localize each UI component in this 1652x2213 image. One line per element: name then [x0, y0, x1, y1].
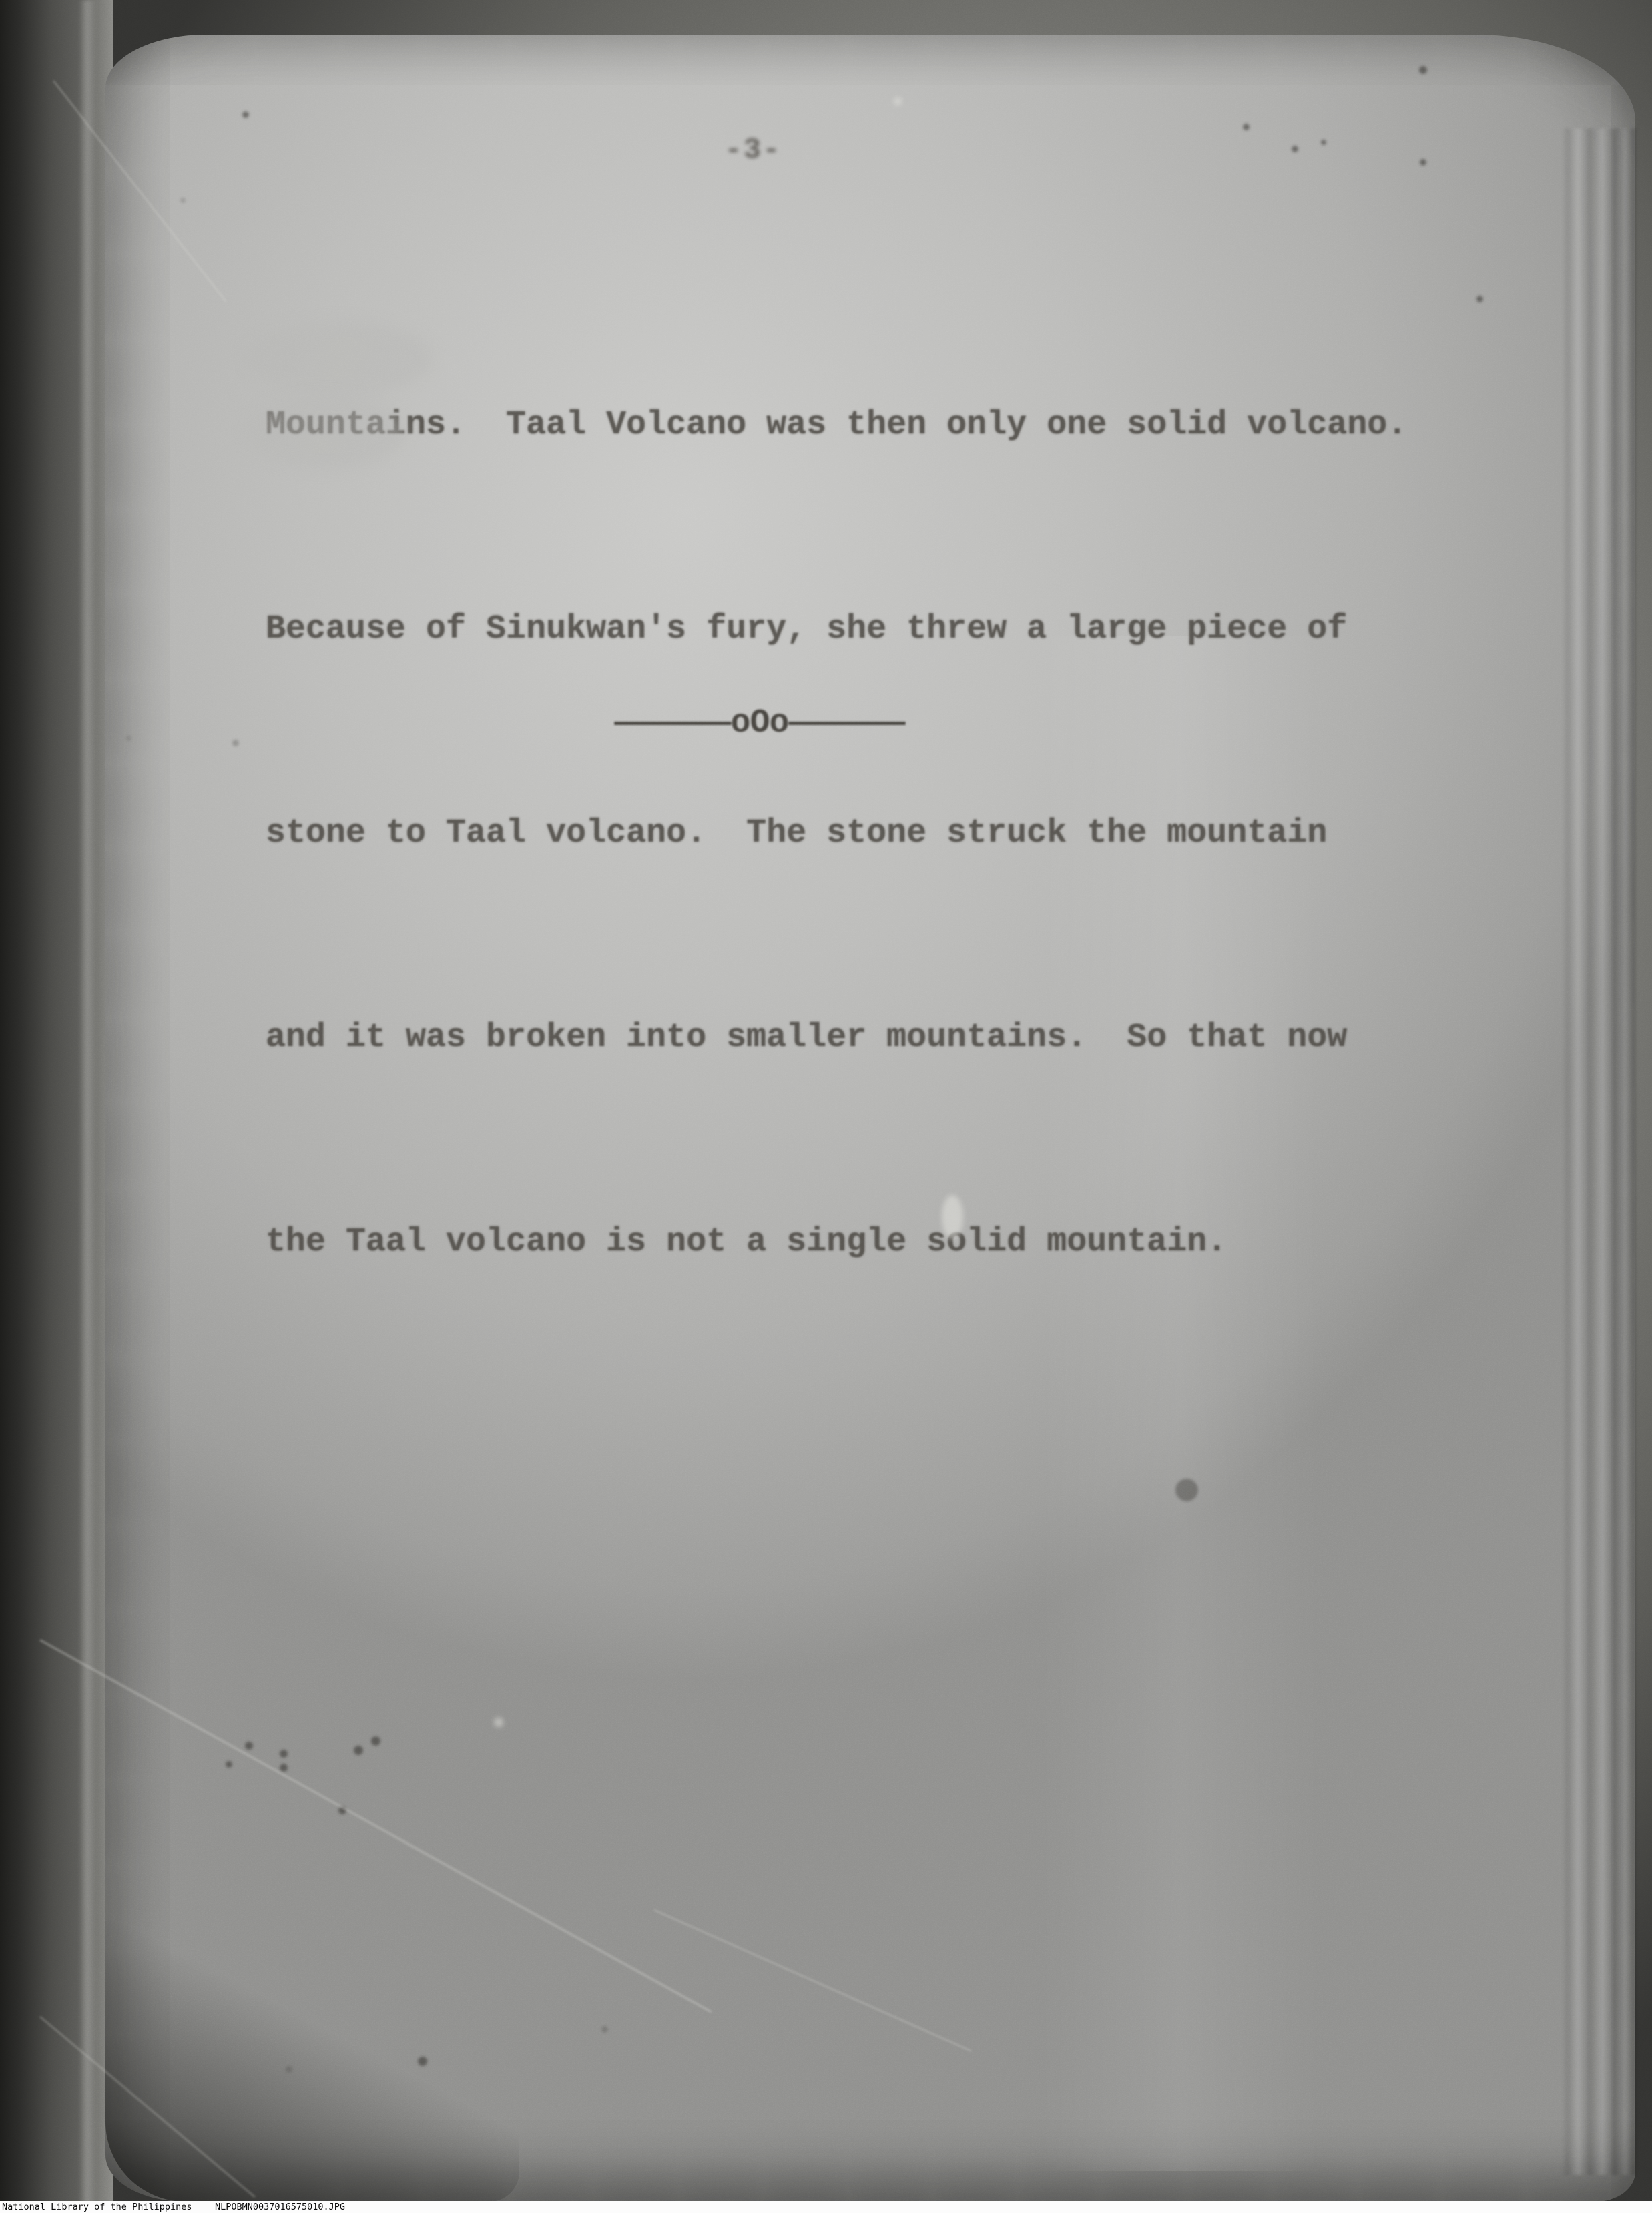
dust-speck [1321, 140, 1326, 145]
paragraph-line: stone to Taal volcano. The stone struck … [266, 800, 1507, 868]
paragraph-line: the Taal volcano is not a single solid m… [266, 1208, 1507, 1276]
footer-institution-label: National Library of the Philippines [2, 2202, 192, 2213]
dust-speck [1243, 124, 1250, 130]
paragraph-line: Mountains. Taal Volcano was then only on… [266, 391, 1507, 459]
dust-speck [126, 736, 131, 741]
paragraph-line: and it was broken into smaller mountains… [266, 1004, 1507, 1072]
dust-speck [1292, 146, 1298, 152]
light-blemish [894, 97, 902, 105]
paragraph-line: Because of Sinukwan's fury, she threw a … [266, 595, 1507, 664]
section-divider: ——————oOo—————— [566, 704, 953, 744]
ink-fade-patch [246, 322, 433, 395]
dust-speck [180, 198, 186, 203]
paragraph: Mountains. Taal Volcano was then only on… [266, 255, 1507, 1413]
typescript-page: -3- Mountains. Taal Volcano was then onl… [105, 35, 1635, 2202]
light-blemish [942, 1195, 963, 1239]
dust-speck [232, 740, 239, 746]
book-binding-edge [0, 0, 113, 2213]
dust-speck [1476, 296, 1483, 302]
dust-speck [418, 2057, 427, 2066]
dust-speck [601, 2026, 608, 2033]
dust-speck [1419, 66, 1427, 74]
dust-speck [1420, 159, 1426, 166]
scanned-document-photo: -3- Mountains. Taal Volcano was then onl… [0, 0, 1652, 2213]
dust-speck [354, 1746, 363, 1755]
dust-speck [226, 1761, 232, 1768]
dust-speck [371, 1736, 380, 1746]
ink-fade-patch [246, 395, 406, 469]
binding-crease-highlight [79, 0, 96, 2213]
page-number: -3- [710, 134, 796, 167]
dust-speck [280, 1764, 288, 1772]
page-corner-shadow [105, 1921, 519, 2202]
dust-speck [245, 1742, 253, 1750]
dust-speck [1175, 1479, 1198, 1501]
dust-speck [280, 1750, 288, 1758]
footer-filename-label: NLPOBMN0037016575010.JPG [215, 2202, 345, 2213]
dust-speck [286, 2066, 292, 2073]
footer-bar: National Library of the Philippines NLPO… [0, 2201, 1652, 2213]
light-blemish [494, 1718, 503, 1727]
page-stack-edges [1562, 128, 1635, 2175]
dust-speck [242, 111, 249, 118]
